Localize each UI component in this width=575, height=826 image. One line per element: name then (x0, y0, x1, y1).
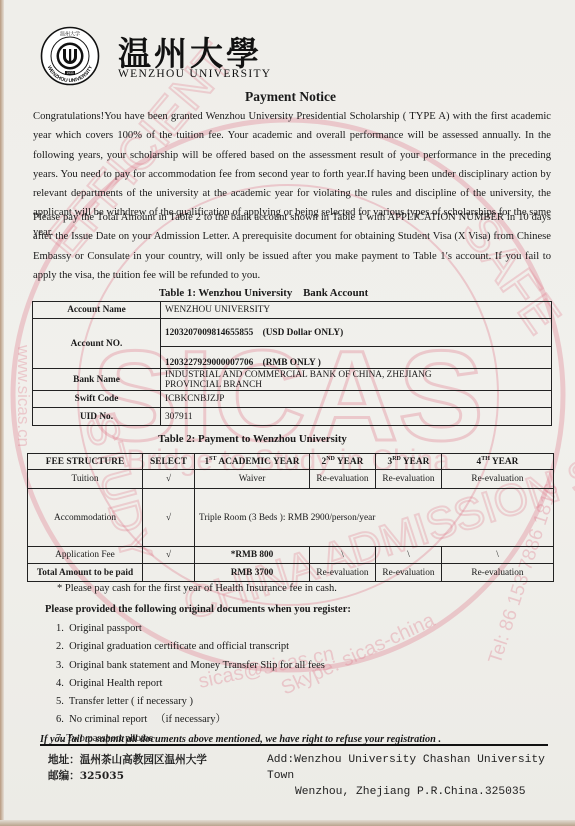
select-check: √ (143, 470, 195, 489)
swift-code-label: Swift Code (33, 391, 161, 408)
fee-label: Application Fee (28, 547, 143, 564)
year3-value: Re-evaluation (376, 470, 442, 489)
fee-label: Total Amount to be paid (28, 564, 143, 582)
list-item: 2. Original graduation certificate and o… (56, 638, 325, 656)
table-row: Account NO. 1203207009814655855 (USD Dol… (33, 319, 552, 347)
paper-edge (0, 0, 4, 826)
header-fee-structure: FEE STRUCTURE (28, 454, 143, 470)
table-row: Bank Name INDUSTRIAL AND COMMERCIAL BANK… (33, 369, 552, 391)
documents-heading: Please provided the following original d… (45, 604, 351, 615)
header-year3: 3RD YEAR (376, 454, 442, 470)
university-seal-icon: 1933 温州大学 WENZHOU UNIVERSITY (40, 26, 100, 86)
account-no-label: Account NO. (33, 319, 161, 369)
table-header-row: FEE STRUCTURE SELECT 1ST ACADEMIC YEAR 2… (28, 454, 554, 470)
payment-notice-page: SICAS Bridge to Study in China EFFICIENT… (0, 0, 575, 826)
table2-caption: Table 2: Payment to Wenzhou University (0, 433, 575, 445)
bank-name-label: Bank Name (33, 369, 161, 391)
address-en-line1: Add:Wenzhou University Chashan Universit… (267, 754, 545, 782)
account-name-value: WENZHOU UNIVERSITY (161, 302, 552, 319)
table-row-accommodation: Accommodation √ Triple Room (3 Beds ): R… (28, 489, 554, 547)
year3-total: Re-evaluation (376, 564, 442, 582)
year4-total: Re-evaluation (442, 564, 554, 582)
account-no-usd: 1203207009814655855 (USD Dollar ONLY) (161, 319, 552, 347)
table-row-total: Total Amount to be paid RMB 3700 Re-eval… (28, 564, 554, 582)
list-item: 1. Original passport (56, 620, 325, 638)
year2-value: Re-evaluation (310, 470, 376, 489)
swift-code-value: ICBKCNBJZJP (161, 391, 552, 408)
select-check: √ (143, 489, 195, 547)
table-row-application-fee: Application Fee √ *RMB 800 \ \ \ (28, 547, 554, 564)
year2-value: \ (310, 547, 376, 564)
health-insurance-note: * Please pay cash for the first year of … (57, 583, 337, 594)
list-item: 6. No criminal report （if necessary） (56, 711, 325, 729)
year1-value: Waiver (195, 470, 310, 489)
year1-value: *RMB 800 (195, 547, 310, 564)
svg-text:1933: 1933 (66, 71, 73, 75)
year4-value: Re-evaluation (442, 470, 554, 489)
svg-text:www.sicas.cn: www.sicas.cn (14, 344, 33, 447)
accommodation-note: Triple Room (3 Beds ): RMB 2900/person/y… (195, 489, 554, 547)
list-item: 5. Transfer letter ( if necessary ) (56, 693, 325, 711)
bank-account-table: Account Name WENZHOU UNIVERSITY Account … (32, 301, 552, 426)
table-row-tuition: Tuition √ Waiver Re-evaluation Re-evalua… (28, 470, 554, 489)
header-year2: 2ND YEAR (310, 454, 376, 470)
select-check: √ (143, 547, 195, 564)
account-no-rmb: 1203227929000007706 (RMB ONLY ) (161, 347, 552, 369)
registration-warning: If you fail to submit all documents abov… (40, 734, 548, 746)
address-cn-line: 地址：温州茶山高教园区温州大学 (48, 752, 207, 768)
table-row: Swift Code ICBKCNBJZJP (33, 391, 552, 408)
bank-name-line2: PROVINCIAL BRANCH (165, 380, 262, 390)
university-name-english: WENZHOU UNIVERSITY (118, 68, 271, 80)
uid-value: 307911 (161, 408, 552, 426)
list-item: 3. Original bank statement and Money Tra… (56, 657, 325, 675)
fee-label: Accommodation (28, 489, 143, 547)
table1-caption: Table 1: Wenzhou University Bank Account (0, 287, 575, 299)
payment-instructions-paragraph: Please pay the Total Amount in Table 2 t… (33, 208, 551, 285)
postcode-cn-line: 邮编：325035 (48, 768, 207, 784)
list-item: 4. Original Health report (56, 675, 325, 693)
uid-label: UID No. (33, 408, 161, 426)
paper-edge-bottom (0, 820, 575, 826)
header-select: SELECT (143, 454, 195, 470)
address-english: Add:Wenzhou University Chashan Universit… (267, 752, 575, 800)
documents-list: 1. Original passport 2. Original graduat… (56, 620, 325, 748)
table-row: Account Name WENZHOU UNIVERSITY (33, 302, 552, 319)
select-check (143, 564, 195, 582)
university-header: 1933 温州大学 WENZHOU UNIVERSITY 温州大學 WENZHO… (40, 26, 340, 86)
page-title: Payment Notice (0, 89, 575, 105)
address-en-line2: Wenzhou, Zhejiang P.R.China.325035 (267, 784, 575, 800)
year3-value: \ (376, 547, 442, 564)
year2-total: Re-evaluation (310, 564, 376, 582)
year1-total: RMB 3700 (195, 564, 310, 582)
bank-name-value: INDUSTRIAL AND COMMERCIAL BANK OF CHINA,… (161, 369, 552, 391)
payment-table: FEE STRUCTURE SELECT 1ST ACADEMIC YEAR 2… (27, 453, 554, 582)
account-name-label: Account Name (33, 302, 161, 319)
header-year1: 1ST ACADEMIC YEAR (195, 454, 310, 470)
fee-label: Tuition (28, 470, 143, 489)
svg-text:温州大学: 温州大学 (60, 31, 80, 38)
table-row: UID No. 307911 (33, 408, 552, 426)
year4-value: \ (442, 547, 554, 564)
bank-name-line1: INDUSTRIAL AND COMMERCIAL BANK OF CHINA,… (165, 370, 432, 380)
address-chinese: 地址：温州茶山高教园区温州大学 邮编：325035 (48, 752, 207, 784)
header-year4: 4TH YEAR (442, 454, 554, 470)
